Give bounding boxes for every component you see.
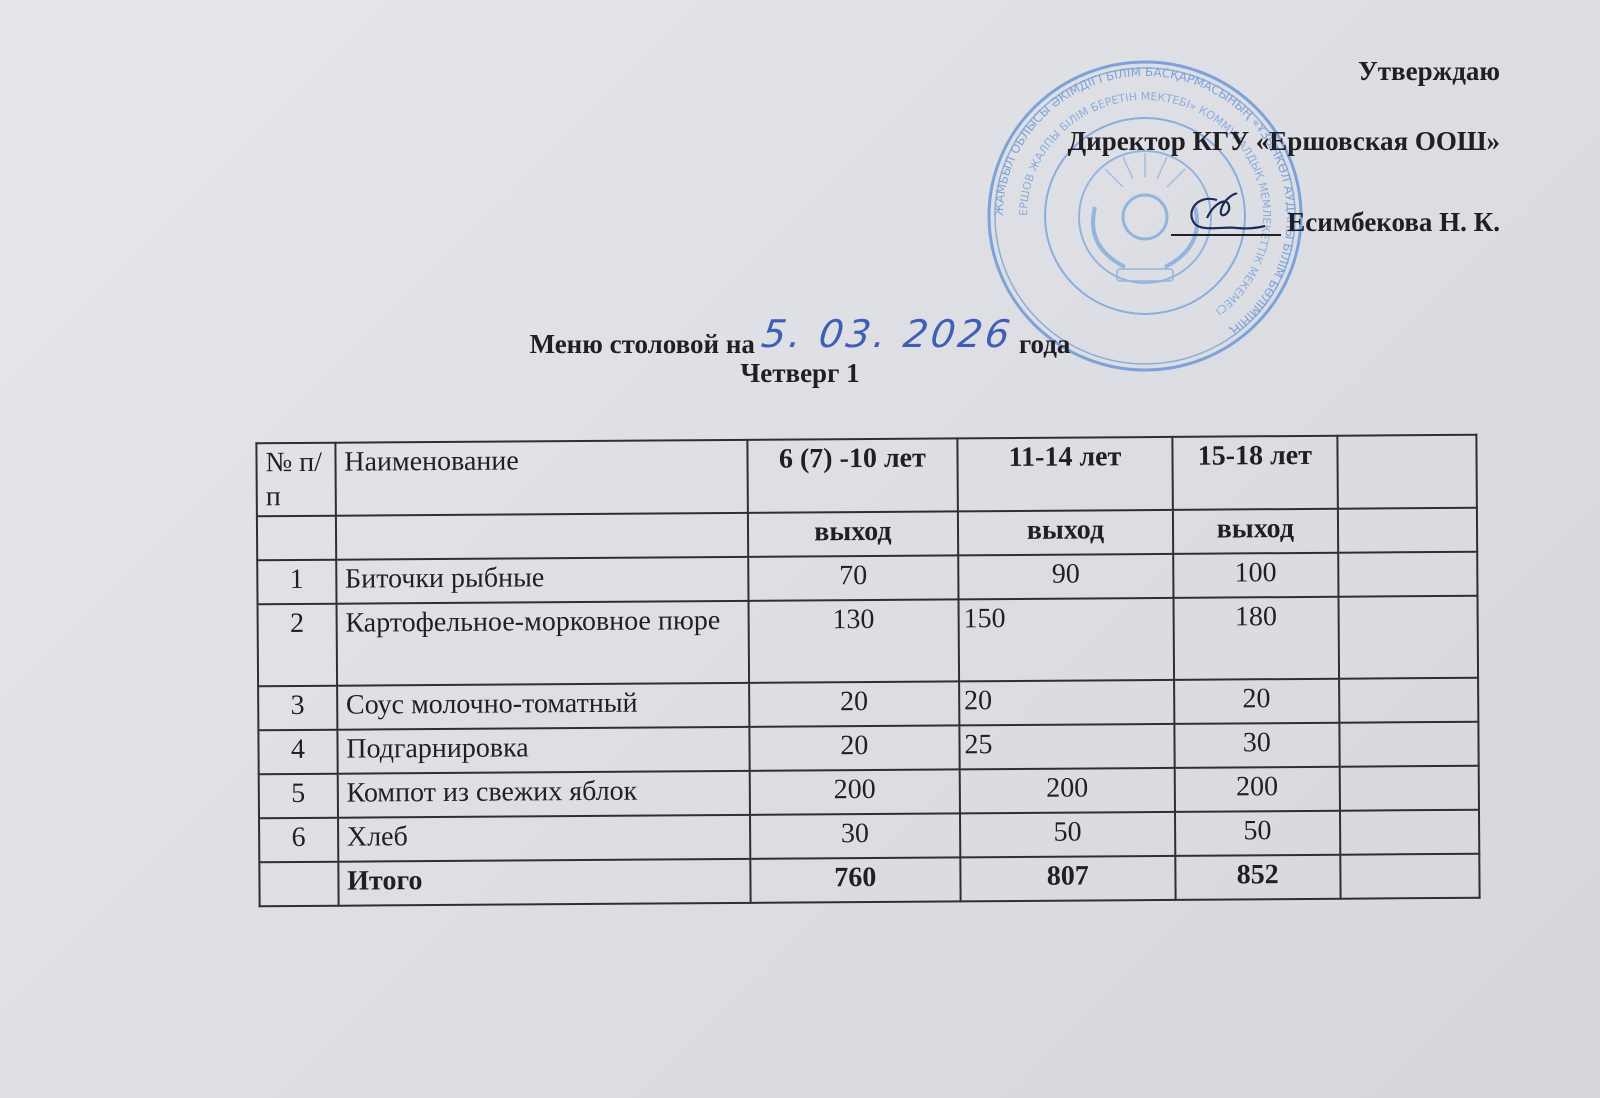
handwritten-date: 5. 03. 2026: [759, 312, 1016, 356]
header-extra: [1337, 435, 1477, 509]
header-age-6-10: 6 (7) -10 лет: [747, 438, 958, 513]
yield-label: выход: [748, 512, 958, 557]
table-total-row: Итого 760 807 852: [259, 854, 1479, 907]
menu-title: Меню столовой на 5. 03. 2026 года: [0, 318, 1600, 358]
dish-name: Подгарнировка: [337, 727, 749, 774]
total-11-14: 807: [960, 856, 1175, 902]
table-header-row: № п/п Наименование 6 (7) -10 лет 11-14 л…: [256, 435, 1476, 517]
dish-name: Компот из свежих яблок: [337, 771, 749, 818]
title-suffix: года: [1019, 329, 1070, 359]
title-prefix: Меню столовой на: [530, 329, 755, 359]
dish-name: Биточки рыбные: [336, 557, 748, 604]
yield-label: выход: [958, 510, 1173, 556]
menu-table: № п/п Наименование 6 (7) -10 лет 11-14 л…: [255, 434, 1480, 908]
menu-title-block: Меню столовой на 5. 03. 2026 года Четвер…: [0, 318, 1600, 398]
header-age-11-14: 11-14 лет: [957, 437, 1173, 512]
signatory-name: Есимбекова Н. К.: [1287, 209, 1500, 236]
approval-block: Утверждаю Директор КГУ «Ершовская ООШ» Е…: [1068, 58, 1500, 268]
table-row: 2 Картофельное-морковное пюре 130 150 18…: [258, 596, 1479, 687]
menu-subtitle: Четверг 1: [0, 358, 1600, 398]
header-age-15-18: 15-18 лет: [1172, 436, 1337, 510]
signature-icon: [1171, 204, 1281, 236]
header-number: № п/п: [256, 443, 335, 517]
dish-name: Хлеб: [338, 815, 750, 862]
yield-label: выход: [1173, 509, 1338, 554]
signature-line: Есимбекова Н. К.: [1068, 198, 1500, 236]
total-6-10: 760: [750, 858, 960, 903]
dish-name: Картофельное-морковное пюре: [336, 601, 749, 686]
header-name: Наименование: [335, 440, 748, 516]
total-label: Итого: [338, 859, 750, 906]
approval-heading: Утверждаю: [1068, 58, 1500, 96]
dish-name: Соус молочно-томатный: [337, 683, 749, 730]
total-15-18: 852: [1175, 855, 1340, 900]
approver-position: Директор КГУ «Ершовская ООШ»: [1068, 128, 1500, 166]
